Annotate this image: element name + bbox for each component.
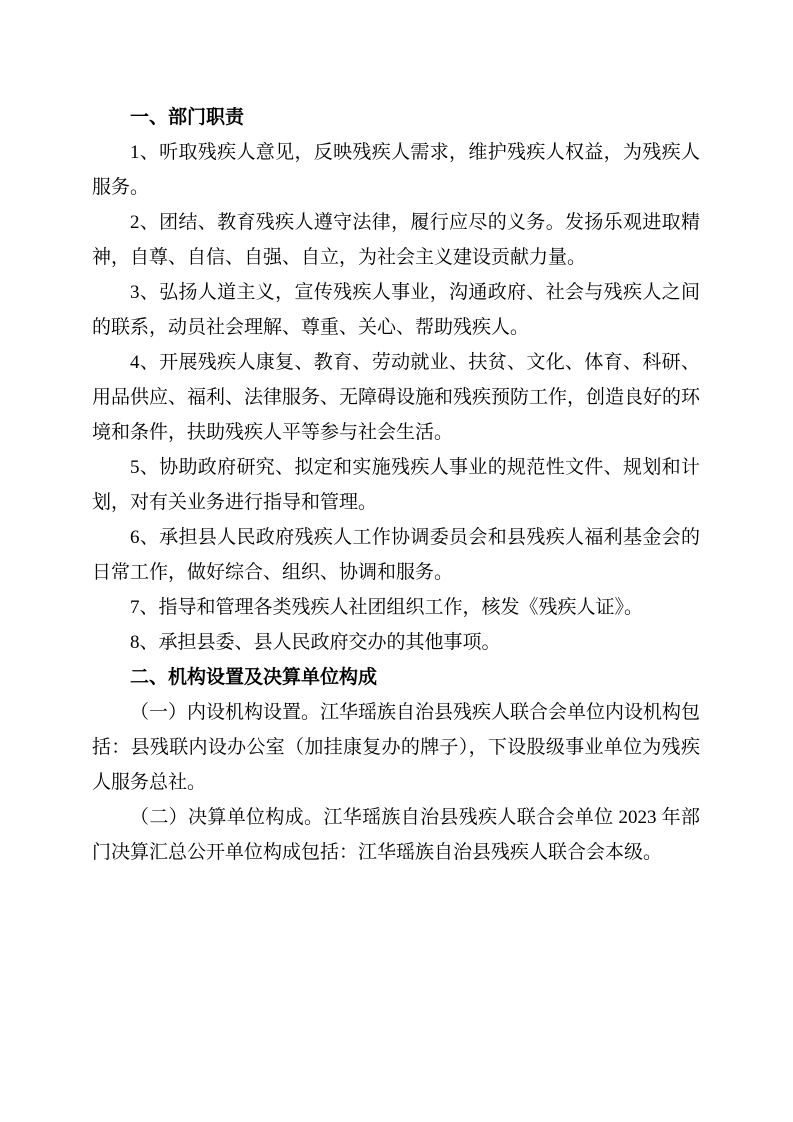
duty-paragraph-4: 4、开展残疾人康复、教育、劳动就业、扶贫、文化、体育、科研、用品供应、福利、法律… [92,345,700,450]
document-page: 一、部门职责 1、听取残疾人意见，反映残疾人需求，维护残疾人权益，为残疾人服务。… [0,0,793,1122]
org-paragraph-1: （一）内设机构设置。江华瑶族自治县残疾人联合会单位内设机构包括：县残联内设办公室… [92,695,700,800]
duty-paragraph-3: 3、弘扬人道主义，宣传残疾人事业，沟通政府、社会与残疾人之间的联系，动员社会理解… [92,275,700,345]
duty-paragraph-6: 6、承担县人民政府残疾人工作协调委员会和县残疾人福利基金会的日常工作，做好综合、… [92,520,700,590]
org-paragraph-2: （二）决算单位构成。江华瑶族自治县残疾人联合会单位 2023 年部门决算汇总公开… [92,800,700,870]
section-heading-department-duties: 一、部门职责 [92,100,700,135]
document-content: 一、部门职责 1、听取残疾人意见，反映残疾人需求，维护残疾人权益，为残疾人服务。… [92,100,700,870]
duty-paragraph-1: 1、听取残疾人意见，反映残疾人需求，维护残疾人权益，为残疾人服务。 [92,135,700,205]
duty-paragraph-7: 7、指导和管理各类残疾人社团组织工作，核发《残疾人证》。 [92,590,700,625]
duty-paragraph-5: 5、协助政府研究、拟定和实施残疾人事业的规范性文件、规划和计划，对有关业务进行指… [92,450,700,520]
section-heading-organization-setup: 二、机构设置及决算单位构成 [92,660,700,695]
duty-paragraph-2: 2、团结、教育残疾人遵守法律，履行应尽的义务。发扬乐观进取精神，自尊、自信、自强… [92,205,700,275]
duty-paragraph-8: 8、承担县委、县人民政府交办的其他事项。 [92,625,700,660]
